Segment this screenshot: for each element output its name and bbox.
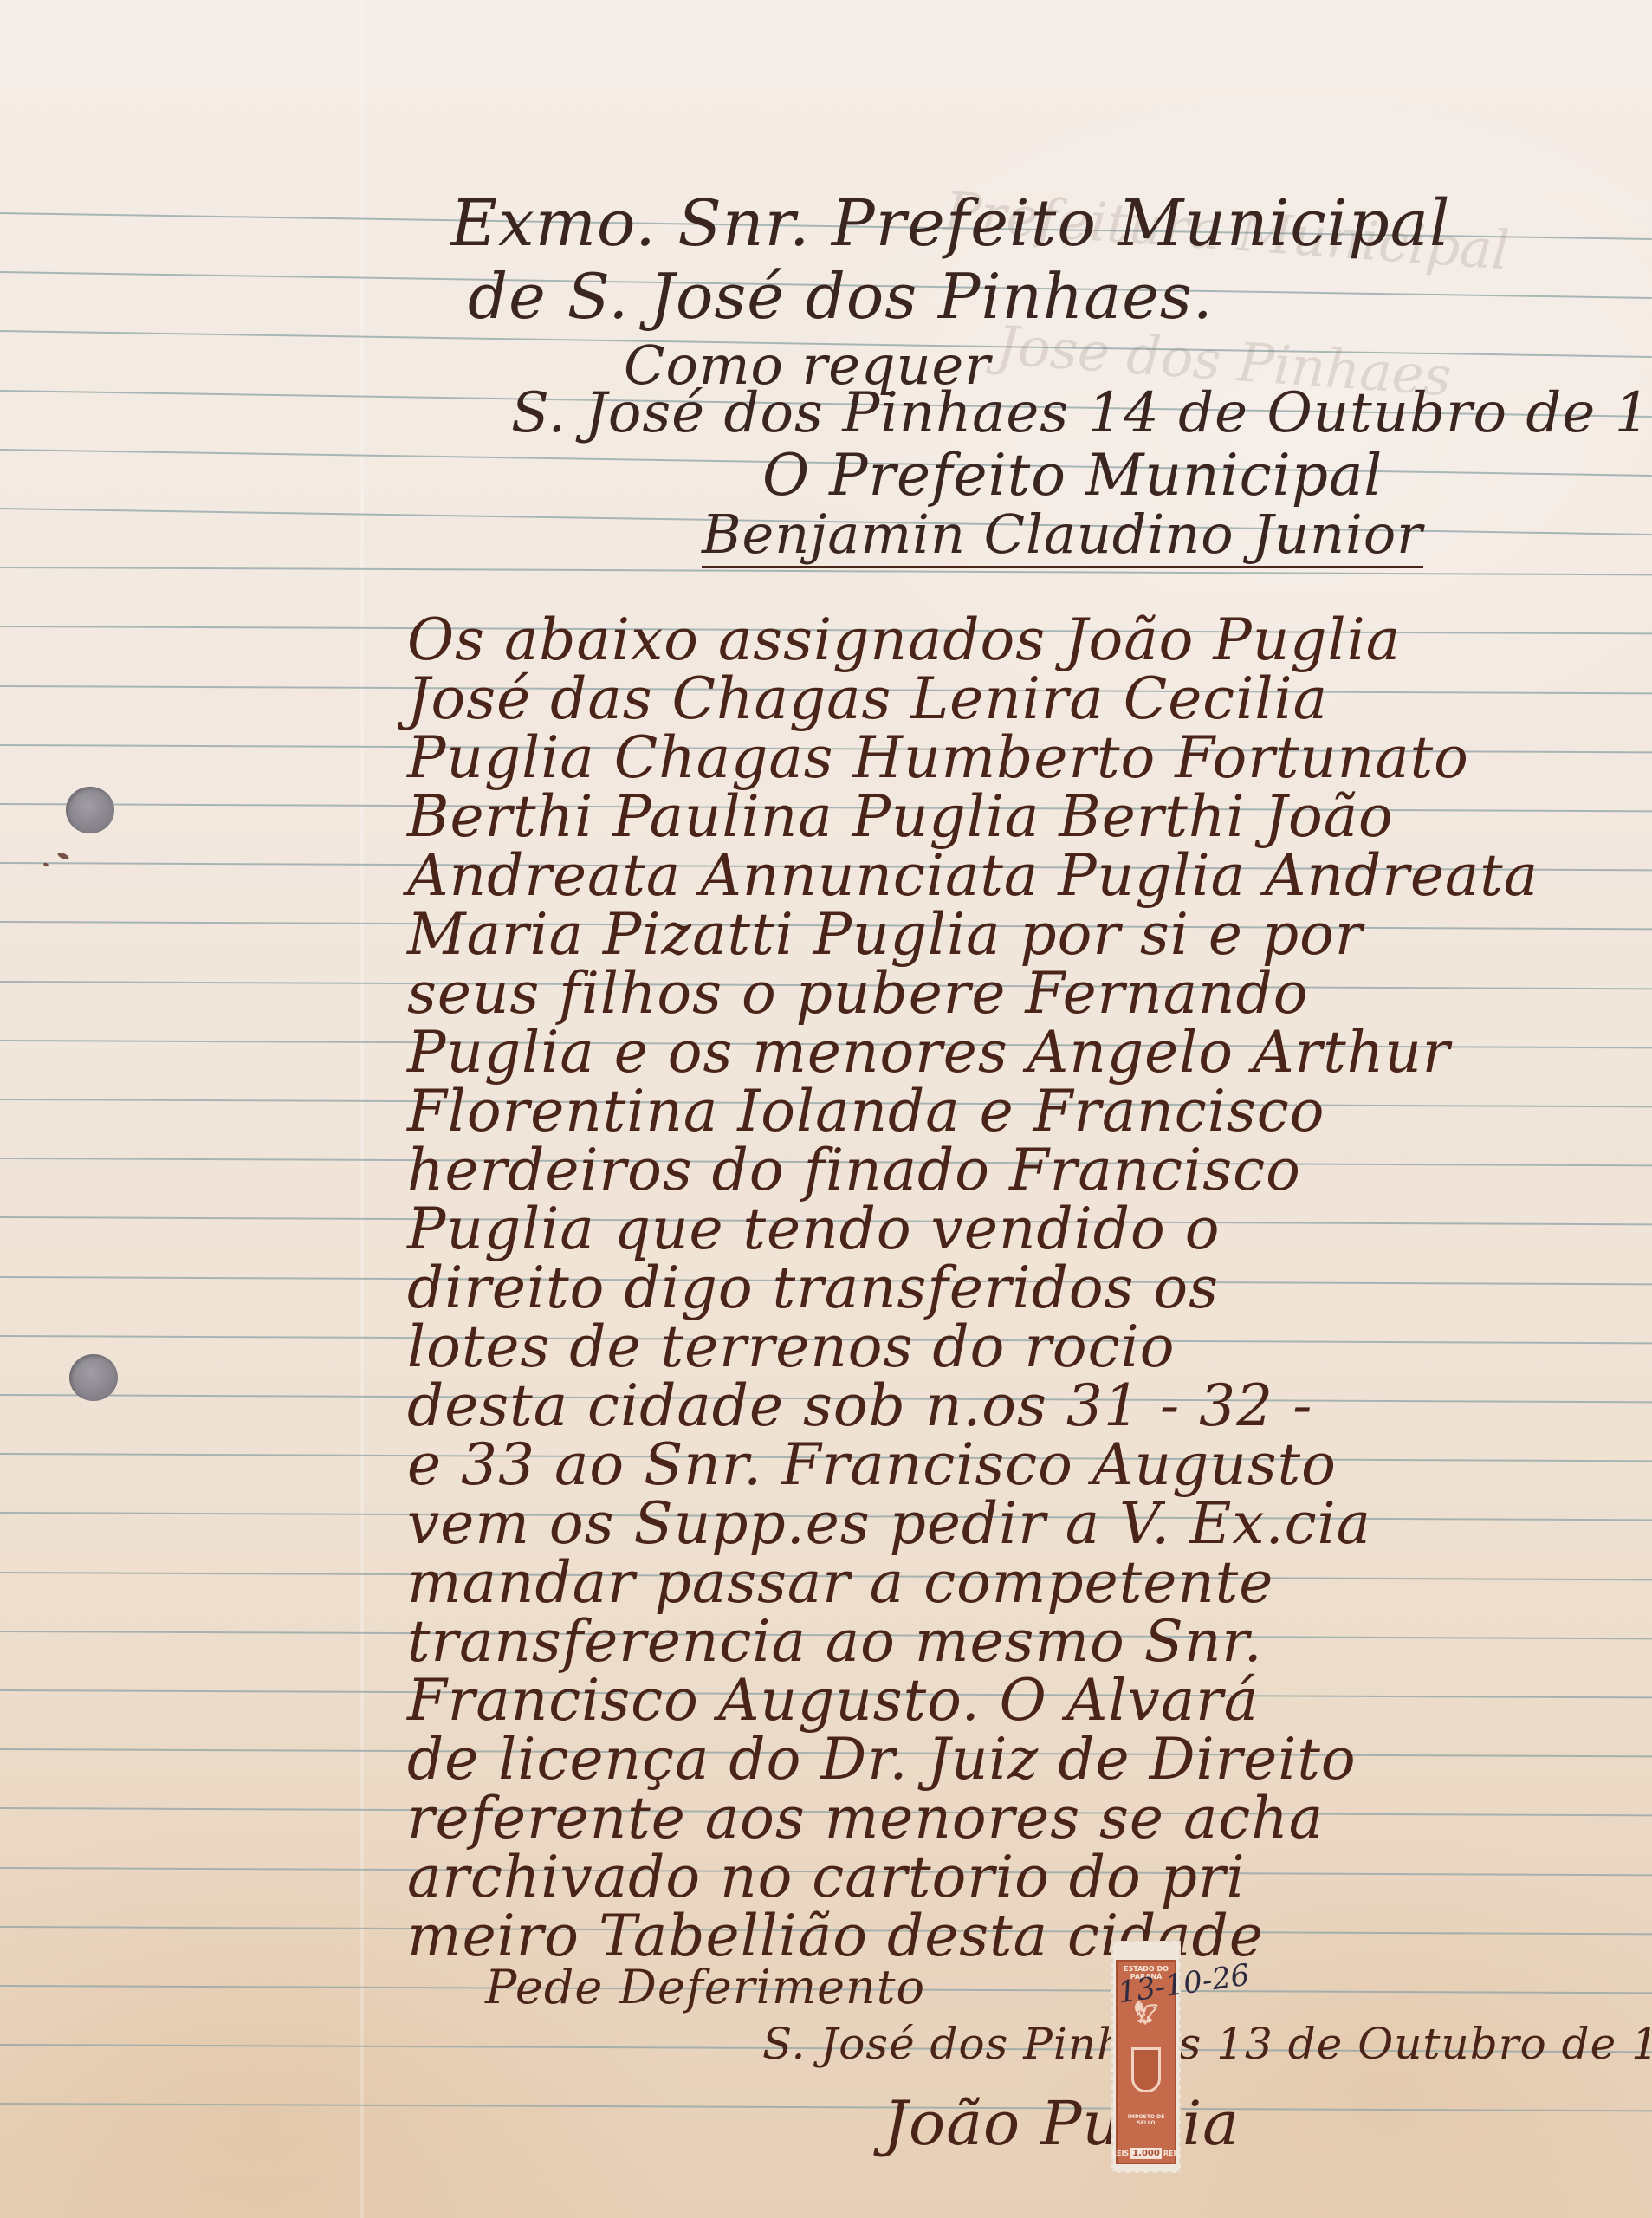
- stamp-value: 1.000: [1130, 2148, 1162, 2159]
- body-line: José das Chagas Lenira Cecilia: [407, 665, 1328, 732]
- stamp-subtitle: IMPOSTO DE SELLO: [1119, 2114, 1173, 2126]
- body-line: Andreata Annunciata Puglia Andreata: [407, 842, 1539, 909]
- body-line: Os abaixo assignados João Puglia: [407, 606, 1401, 673]
- dispatch-signer-title: O Prefeito Municipal: [762, 442, 1383, 509]
- coat-of-arms-icon: [1131, 2047, 1161, 2092]
- body-line: e 33 ao Snr. Francisco Augusto: [407, 1431, 1337, 1498]
- body-line: Maria Pizatti Puglia por si e por: [407, 901, 1363, 968]
- closing-signature: João Puglia: [884, 2088, 1240, 2159]
- body-line: Puglia que tendo vendido o: [407, 1196, 1220, 1262]
- body-line: Puglia e os menores Angelo Arthur: [407, 1019, 1450, 1086]
- dispatch-addressee: Exmo. Snr. Prefeito Municipal: [450, 186, 1451, 261]
- closing-place-date: S. José dos Pinhaes 13 de Outubro de 192…: [762, 2019, 1652, 2069]
- body-line: vem os Supp.es pedir a V. Ex.cia: [407, 1490, 1371, 1557]
- stamp-value-row: REIS 1.000 REIS: [1111, 2148, 1181, 2159]
- body-line: desta cidade sob n.os 31 - 32 -: [407, 1372, 1312, 1439]
- punch-hole-top: [66, 787, 114, 833]
- body-line: Puglia Chagas Humberto Fortunato: [407, 724, 1469, 791]
- dispatch-signature: Benjamin Claudino Junior: [702, 503, 1423, 568]
- dispatch-addressee-place: de S. José dos Pinhaes.: [468, 260, 1214, 333]
- stamp-currency-left: REIS: [1111, 2150, 1129, 2157]
- body-line: de licença do Dr. Juiz de Direito: [407, 1726, 1357, 1793]
- stamp-currency-right: REIS: [1163, 2150, 1181, 2157]
- body-line: seus filhos o pubere Fernando: [407, 960, 1309, 1027]
- body-line: transferencia ao mesmo Snr.: [407, 1608, 1263, 1675]
- body-line: herdeiros do finado Francisco: [407, 1137, 1301, 1203]
- punch-hole-bottom: [69, 1354, 118, 1401]
- body-line: mandar passar a competente: [407, 1549, 1273, 1616]
- closing-request: Pede Deferimento: [485, 1960, 925, 2014]
- dispatch-place-date: S. José dos Pinhaes 14 de Outubro de 192…: [511, 381, 1652, 445]
- body-line: referente aos menores se acha: [407, 1785, 1324, 1852]
- body-line: direito digo transferidos os: [407, 1255, 1219, 1321]
- body-line: Berthi Paulina Puglia Berthi João: [407, 783, 1394, 850]
- paper-fold-crease: [360, 0, 365, 2218]
- body-line: archivado no cartorio do pri: [407, 1844, 1246, 1910]
- body-line: Francisco Augusto. O Alvará: [407, 1667, 1259, 1734]
- body-line: lotes de terrenos do rocio: [407, 1313, 1175, 1380]
- body-line: Florentina Iolanda e Francisco: [407, 1078, 1325, 1145]
